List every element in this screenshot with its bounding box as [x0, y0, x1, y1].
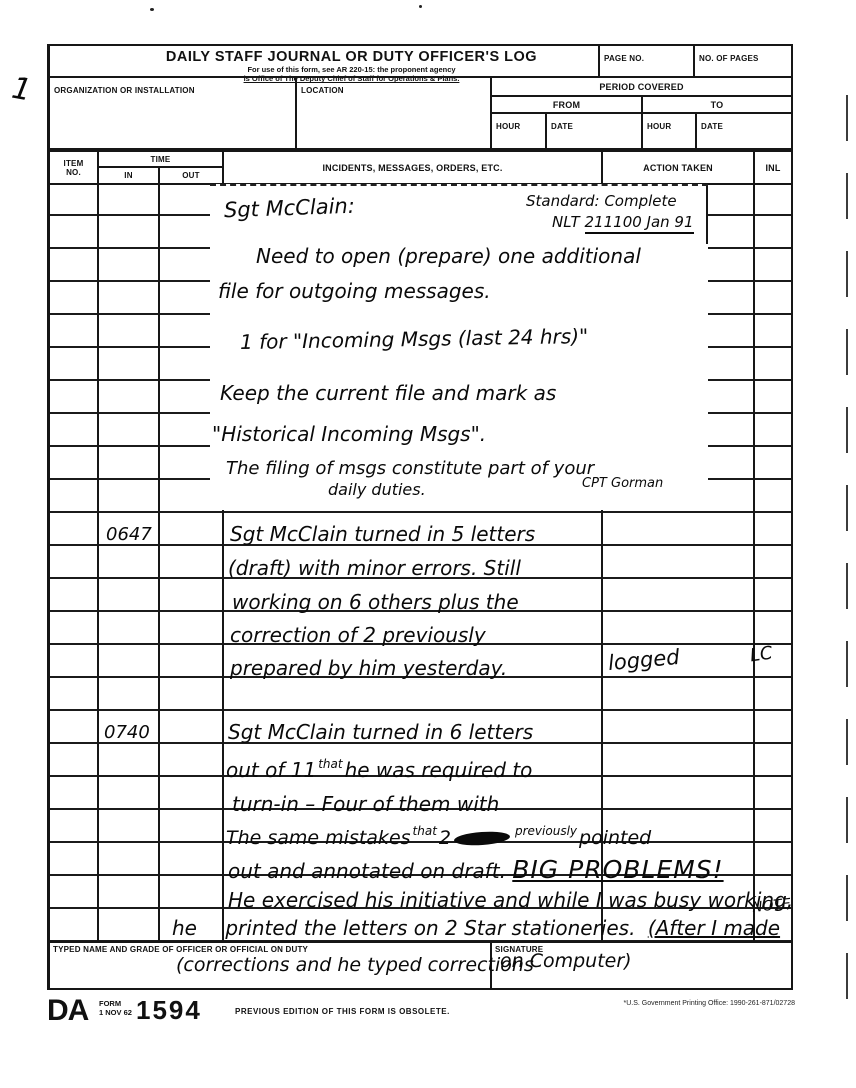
note-line: Need to open (prepare) one additional [256, 244, 641, 268]
note-line: Keep the current file and mark as [220, 381, 556, 405]
entry2-time-in: 0740 [104, 722, 150, 743]
period-covered-box: PERIOD COVERED [490, 76, 793, 97]
form-subtitle-1: For use of this form, see AR 220-15: the… [105, 65, 598, 74]
form-edition: FORM 1 NOV 62 [99, 999, 132, 1017]
entry2-line: He exercised his initiative and while I … [228, 888, 793, 912]
from-label: FROM [553, 100, 580, 110]
out-label: OUT [182, 171, 200, 180]
note-standard-line1: Standard: Complete [526, 192, 677, 210]
no-of-pages-label: NO. OF PAGES [699, 54, 759, 63]
note-line: 1 for "Incoming Msgs (last 24 hrs)" [240, 324, 589, 354]
form-number: 1594 [136, 995, 202, 1026]
entry1-line: correction of 2 previously [230, 623, 486, 647]
entry1-line: working on 6 others plus the [232, 590, 519, 614]
nlt-date: 211100 Jan 91 [585, 213, 694, 234]
note-signature: CPT Gorman [582, 476, 663, 491]
page-no-label: PAGE NO. [604, 54, 644, 63]
note-standard-line2: NLT 211100 Jan 91 [552, 213, 694, 231]
scanned-da-form-1594-page: 1 DAILY STAFF JOURNAL OR DUTY OFFICER'S … [0, 0, 856, 1088]
item-no-label: NO. [66, 168, 81, 177]
item-no-header: ITEM NO. [47, 150, 99, 185]
in-label: IN [124, 171, 132, 180]
entry2-line: out and annotated on draft. BIG PROBLEMS… [228, 855, 724, 884]
entry1-time-in: 0647 [106, 524, 152, 545]
entry2-line4b: 2 [439, 827, 451, 849]
entry1-line: Sgt McClain turned in 5 letters [230, 522, 535, 546]
pasted-note: Sgt McClain: Standard: Complete NLT 2111… [210, 184, 708, 510]
entry2-line: turn-in – Four of them with [232, 792, 499, 816]
action-taken-header: ACTION TAKEN [601, 150, 755, 185]
entry2-line4-insert2: previously [515, 824, 577, 838]
entry2-line4a: The same mistakes [226, 827, 411, 849]
col-line-inl [753, 183, 755, 941]
entry2-big-problems: BIG PROBLEMS! [512, 855, 723, 884]
hour-label: HOUR [647, 122, 671, 131]
entry1-initials: LC [749, 643, 774, 667]
entry2-line5a: out and annotated on draft. [228, 859, 506, 883]
entry2-line: he printed the letters on 2 Star station… [172, 916, 780, 940]
time-label: TIME [151, 155, 171, 164]
entry2-line7b: printed the letters on 2 Star stationeri… [225, 916, 635, 940]
date-label: DATE [551, 122, 573, 131]
period-covered-label: PERIOD COVERED [599, 82, 683, 92]
col-line-in-out [158, 183, 160, 941]
grid-left-border [47, 183, 50, 941]
to-date-box: DATE [695, 112, 793, 150]
scan-edge-line [846, 95, 848, 1005]
from-date-box: DATE [545, 112, 643, 150]
entry1-line: prepared by him yesterday. [230, 656, 507, 680]
from-hour-box: HOUR [490, 112, 547, 150]
organization-box: ORGANIZATION OR INSTALLATION [47, 76, 297, 150]
grid-right-border [791, 183, 793, 941]
form-word: FORM [99, 999, 121, 1008]
entry2-line7c: (After I made [648, 916, 780, 940]
entry2-line2-insert: that [318, 757, 342, 771]
to-label: TO [711, 100, 724, 110]
obsolete-notice: PREVIOUS EDITION OF THIS FORM IS OBSOLET… [235, 1007, 450, 1016]
entry2-line4c: pointed [579, 827, 651, 849]
date-label: DATE [701, 122, 723, 131]
organization-label: ORGANIZATION OR INSTALLATION [54, 86, 195, 95]
gpo-notice: *U.S. Government Printing Office: 1990-2… [560, 1000, 795, 1007]
note-line: file for outgoing messages. [218, 279, 491, 303]
footer-handwriting-right: on Computer) [500, 950, 632, 972]
location-label: LOCATION [301, 86, 344, 95]
entry2-line: out of 11thathe was required to [226, 757, 532, 782]
note-line: The filing of msgs constitute part of yo… [226, 458, 594, 479]
incidents-header: INCIDENTS, MESSAGES, ORDERS, ETC. [222, 150, 603, 185]
action-taken-label: ACTION TAKEN [643, 163, 713, 173]
entry2-line4-insert1: that [413, 824, 437, 838]
entry2-line2b: he was required to [345, 758, 533, 782]
typed-name-label: TYPED NAME AND GRADE OF OFFICER OR OFFIC… [53, 945, 308, 954]
entry1-line: (draft) with minor errors. Still [228, 556, 521, 580]
nlt-prefix: NLT [552, 213, 580, 231]
da-mark: DA [47, 994, 88, 1028]
note-standard-box-edge [706, 186, 708, 244]
note-line: daily duties. [328, 480, 426, 499]
to-hour-box: HOUR [641, 112, 697, 150]
location-box: LOCATION [295, 76, 492, 150]
entry2-line7a: he [172, 916, 197, 940]
footer-handwriting-left: (corrections and he typed corrections [176, 954, 534, 976]
form-title: DAILY STAFF JOURNAL OR DUTY OFFICER'S LO… [105, 49, 598, 65]
item-label: ITEM [64, 159, 84, 168]
form-date: 1 NOV 62 [99, 1008, 132, 1017]
inl-label: INL [765, 163, 780, 173]
scribbled-out-word [454, 830, 511, 847]
no-of-pages-box: NO. OF PAGES [693, 44, 793, 78]
note-salutation: Sgt McClain: [224, 194, 356, 223]
title-block: DAILY STAFF JOURNAL OR DUTY OFFICER'S LO… [47, 44, 600, 78]
col-line-itemno [97, 183, 99, 941]
incidents-label: INCIDENTS, MESSAGES, ORDERS, ETC. [322, 163, 502, 173]
entry2-line: The same mistakesthat2previouslypointed [226, 824, 651, 849]
page-no-box: PAGE NO. [598, 44, 695, 78]
margin-page-mark: 1 [9, 71, 34, 109]
inl-header: INL [753, 150, 793, 185]
ink-speck [419, 5, 422, 8]
entry2-line: Sgt McClain turned in 6 letters [228, 720, 533, 744]
note-line: "Historical Incoming Msgs". [212, 422, 486, 446]
ink-speck [150, 8, 154, 11]
entry2-line2a: out of 11 [226, 758, 316, 782]
hour-label: HOUR [496, 122, 520, 131]
